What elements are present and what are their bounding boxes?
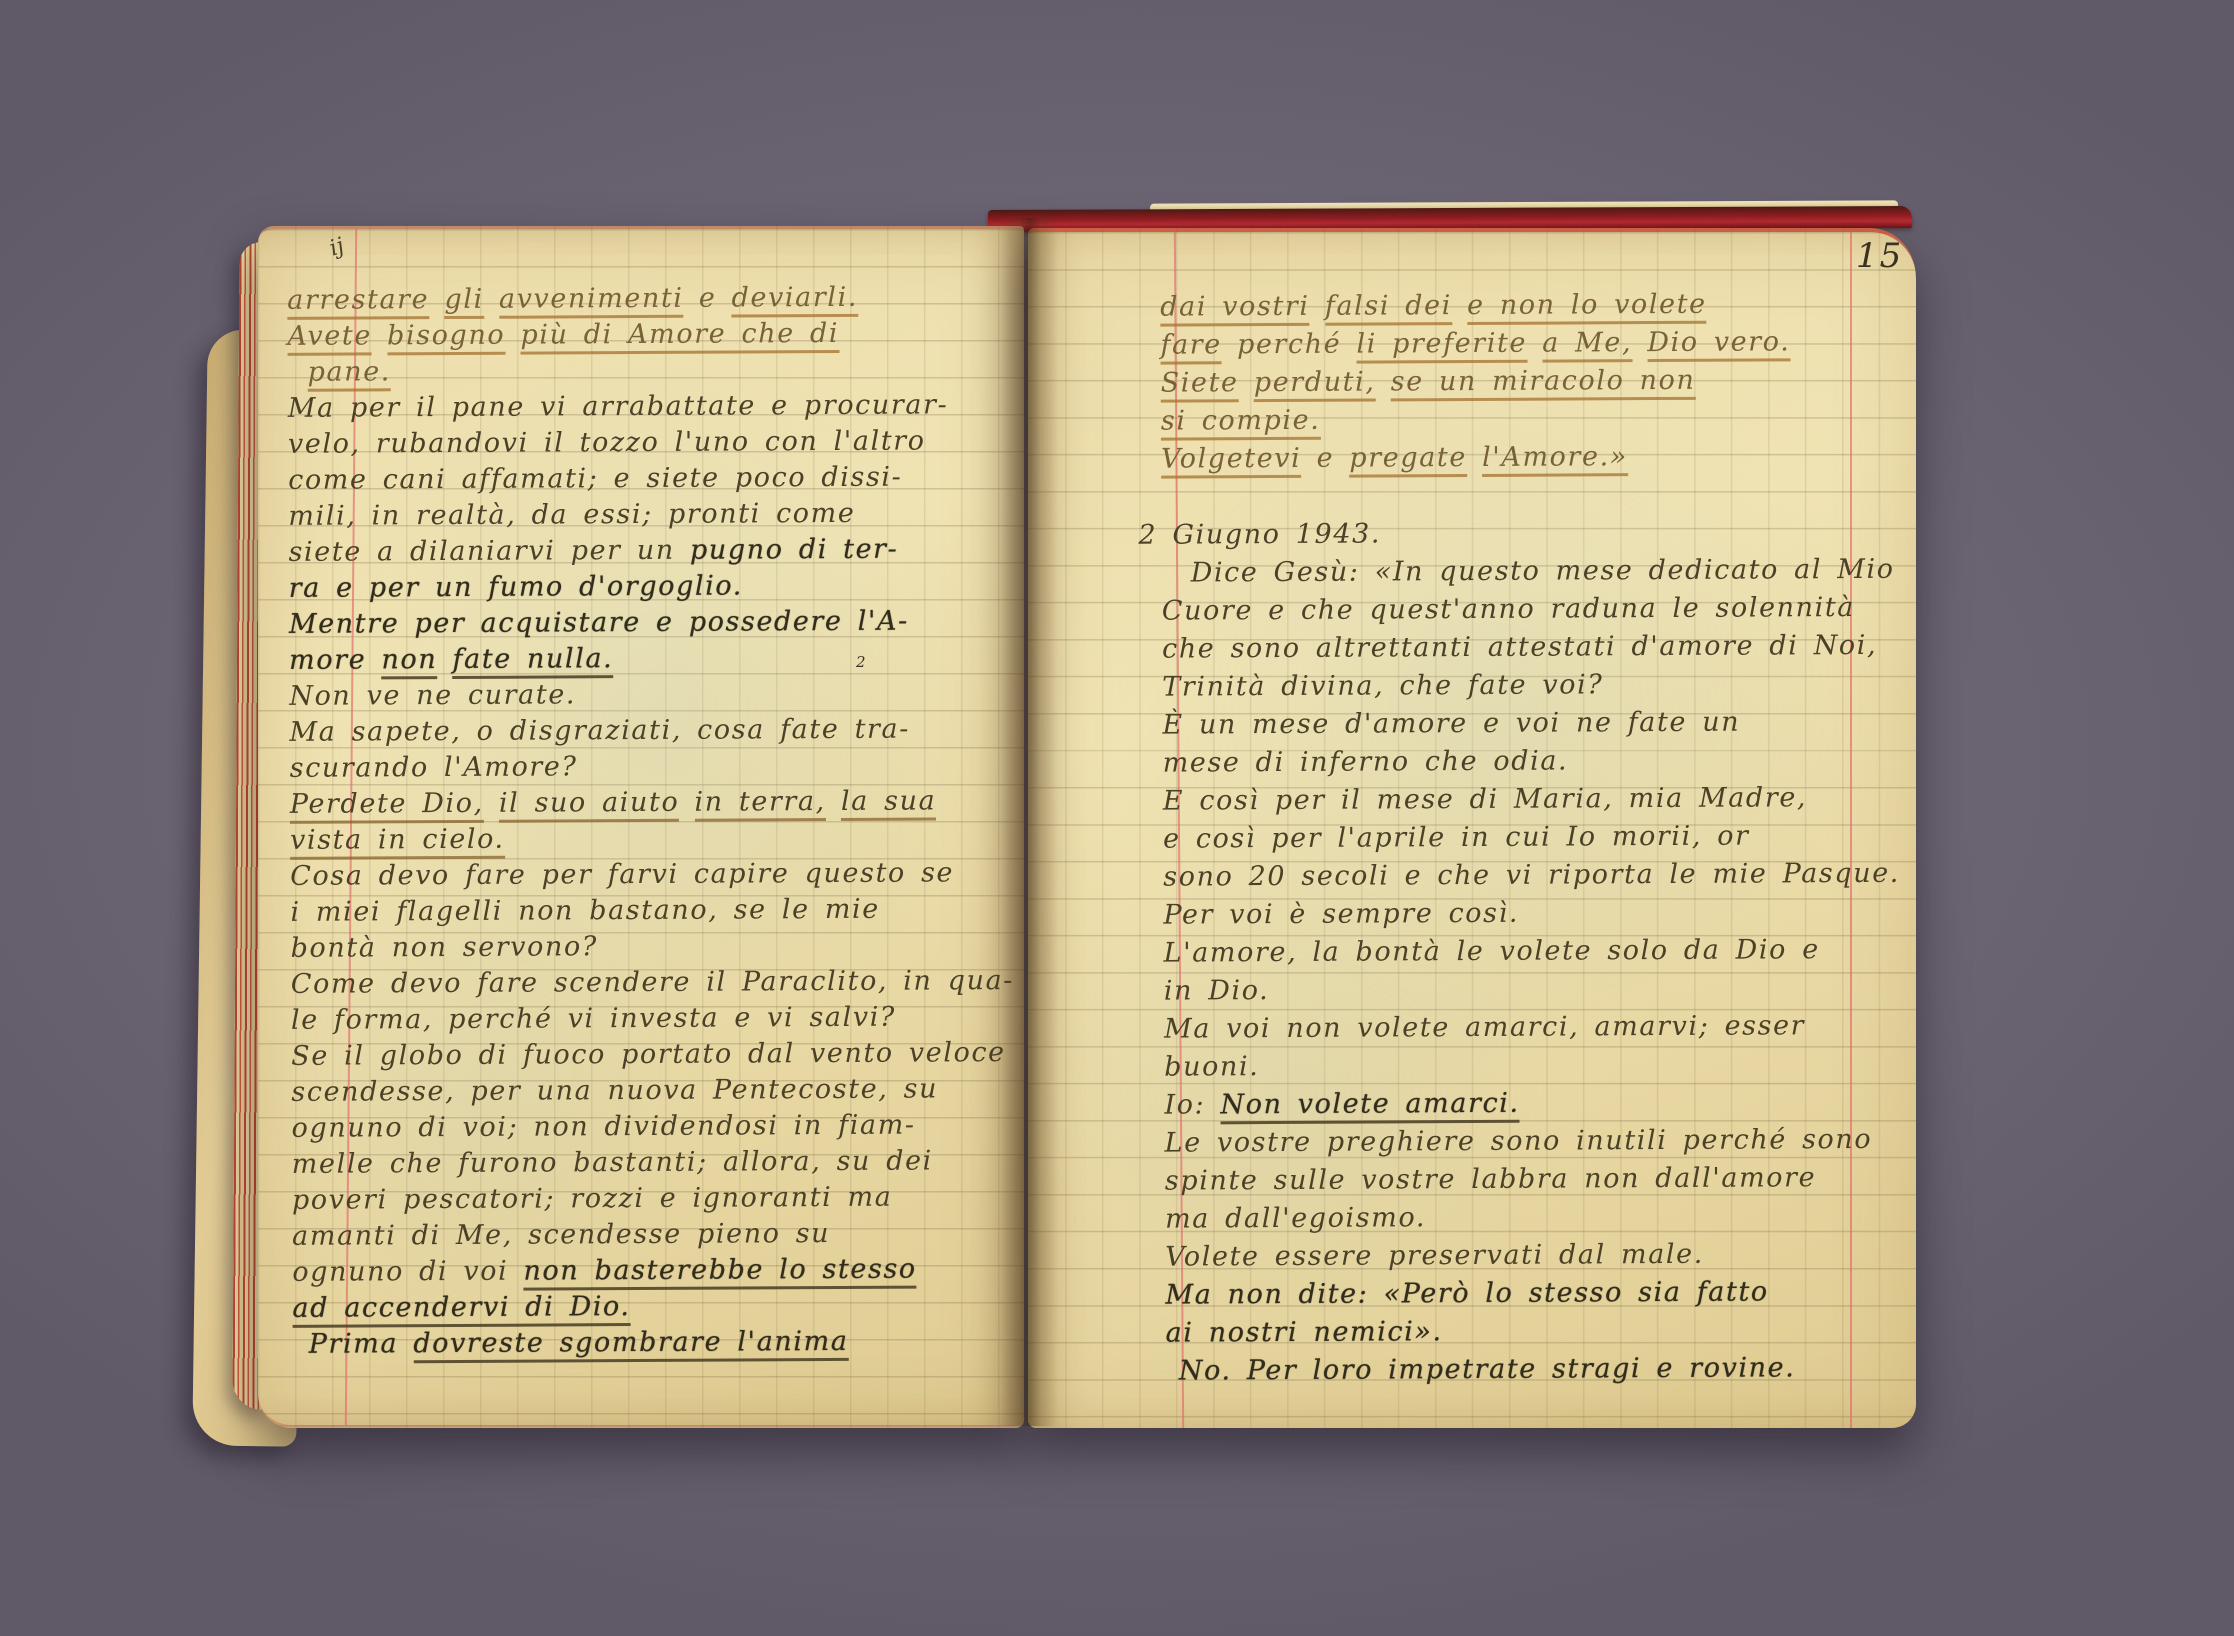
- handwritten-line: dai vostri falsi dei e non lo volete: [1160, 289, 1707, 323]
- underlined-text: gli: [444, 284, 484, 319]
- text-segment: melle che furono bastanti; allora, su de…: [292, 1145, 933, 1179]
- text-segment: ra e per un fumo d'orgoglio.: [289, 570, 743, 603]
- text-segment: L'amore, la bontà le volete solo da Dio …: [1164, 934, 1820, 968]
- underlined-text: li preferite: [1356, 328, 1527, 364]
- text-segment: e così per l'aprile in cui Io morii, or: [1163, 821, 1750, 855]
- underlined-text: pane.: [308, 356, 392, 391]
- left-page: ij 2 arrestare gli avvenimenti e deviarl…: [258, 226, 1024, 1428]
- handwritten-line: Dice Gesù: «In questo mese dedicato al M…: [1191, 554, 1895, 589]
- text-segment: 2 Giugno 1943.: [1138, 518, 1381, 550]
- handwritten-line: Come devo fare scendere il Paraclito, in…: [291, 965, 1014, 1000]
- text-segment: e: [684, 283, 732, 314]
- handwritten-line: che sono altrettanti attestati d'amore d…: [1162, 630, 1877, 665]
- underlined-text: non: [381, 644, 437, 679]
- underlined-text: Avete: [287, 320, 372, 355]
- text-segment: Prima: [309, 1328, 414, 1360]
- handwritten-line: pane.: [308, 356, 392, 387]
- handwritten-line: ai nostri nemici».: [1166, 1316, 1443, 1348]
- handwritten-line: scendesse, per una nuova Pentecoste, su: [291, 1073, 938, 1107]
- underlined-text: fare: [1160, 329, 1222, 364]
- handwritten-line: i miei flagelli non bastano, se le mie: [290, 894, 880, 928]
- text-segment: [429, 284, 444, 315]
- text-segment: more: [289, 644, 381, 675]
- right-page-text: dai vostri falsi dei e non lo voletefare…: [1025, 230, 1919, 1431]
- handwritten-line: arrestare gli avvenimenti e deviarli.: [287, 282, 858, 316]
- text-segment: buoni.: [1164, 1051, 1259, 1082]
- text-segment: e: [1301, 443, 1349, 474]
- handwritten-line: Prima dovreste sgombrare l'anima: [309, 1326, 849, 1360]
- text-segment: ognuno di voi; non dividendosi in fiam-: [291, 1110, 915, 1144]
- text-segment: No. Per loro impetrate stragi e rovine.: [1179, 1352, 1796, 1386]
- text-segment: bontà non servono?: [291, 931, 598, 964]
- text-segment: poveri pescatori; rozzi e ignoranti ma: [292, 1182, 893, 1216]
- handwritten-line: Trinità divina, che fate voi?: [1162, 669, 1603, 702]
- handwritten-line: mili, in realtà, da essi; pronti come: [288, 498, 855, 532]
- text-segment: [1527, 328, 1542, 359]
- handwritten-line: sono 20 secoli e che vi riporta le mie P…: [1163, 858, 1900, 893]
- text-segment: Cuore e che quest'anno raduna le solenni…: [1162, 592, 1855, 627]
- underlined-text: pregate: [1349, 442, 1467, 478]
- handwritten-line: No. Per loro impetrate stragi e rovine.: [1179, 1352, 1796, 1386]
- underlined-text: Siete: [1161, 367, 1239, 402]
- underlined-text: più di Amore che di: [520, 318, 839, 355]
- text-segment: È un mese d'amore e voi ne fate un: [1162, 707, 1740, 741]
- text-segment: [1375, 366, 1390, 397]
- underlined-text: Non volete amarci.: [1220, 1088, 1519, 1125]
- text-segment: le forma, perché vi investa e vi salvi?: [291, 1002, 896, 1036]
- underlined-text: Dio vero.: [1647, 326, 1790, 362]
- right-page: 15 dai vostri falsi dei e non lo voletef…: [1028, 228, 1916, 1428]
- handwritten-line: Volete essere preservati dal male.: [1165, 1239, 1704, 1273]
- handwritten-line: Siete perduti, se un miracolo non: [1161, 365, 1696, 399]
- underlined-text: vista in cielo.: [290, 824, 505, 860]
- handwritten-line: Cuore e che quest'anno raduna le solenni…: [1162, 592, 1855, 627]
- handwritten-line: ognuno di voi non basterebbe lo stesso: [292, 1254, 917, 1288]
- handwritten-line: scurando l'Amore?: [290, 751, 578, 784]
- handwritten-line: Per voi è sempre così.: [1163, 898, 1519, 931]
- text-segment: come cani affamati; e siete poco dissi-: [288, 462, 902, 496]
- text-segment: velo, rubandovi il tozzo l'uno con l'alt…: [288, 426, 926, 460]
- text-segment: Se il globo di fuoco portato dal vento v…: [291, 1037, 1006, 1072]
- underlined-text: in terra,: [694, 786, 826, 822]
- underlined-text: la sua: [841, 785, 936, 820]
- handwritten-line: Ma per il pane vi arrabattate e procurar…: [288, 389, 949, 423]
- handwritten-line: È un mese d'amore e voi ne fate un: [1162, 707, 1740, 741]
- handwritten-line: le forma, perché vi investa e vi salvi?: [291, 1002, 896, 1036]
- text-segment: Cosa devo fare per farvi capire questo s…: [290, 857, 954, 891]
- underlined-text: l'Amore.»: [1482, 441, 1628, 477]
- text-segment: spinte sulle vostre labbra non dall'amor…: [1165, 1162, 1817, 1196]
- underlined-text: Perdete Dio,: [290, 788, 484, 824]
- underlined-text: se un miracolo non: [1391, 365, 1696, 402]
- handwritten-line: Io: Non volete amarci.: [1164, 1088, 1519, 1121]
- handwritten-line: Le vostre preghiere sono inutili perché …: [1165, 1124, 1873, 1159]
- text-segment: mese di inferno che odia.: [1163, 745, 1569, 778]
- handwritten-line: come cani affamati; e siete poco dissi-: [288, 462, 902, 496]
- handwritten-line: poveri pescatori; rozzi e ignoranti ma: [292, 1182, 893, 1216]
- underlined-text: dai vostri: [1160, 291, 1310, 327]
- underlined-text: a Me,: [1542, 327, 1632, 362]
- underlined-text: arrestare: [287, 284, 429, 320]
- text-segment: amanti di Me, scendesse pieno su: [292, 1218, 830, 1252]
- handwritten-line: Ma sapete, o disgraziati, cosa fate tra-: [289, 714, 910, 748]
- handwritten-line: fare perché li preferite a Me, Dio vero.: [1160, 326, 1790, 360]
- handwritten-line: in Dio.: [1164, 975, 1270, 1007]
- handwritten-line: mese di inferno che odia.: [1163, 745, 1569, 778]
- underlined-text: avvenimenti: [499, 283, 684, 319]
- text-segment: perché: [1222, 329, 1357, 361]
- text-segment: Ma non dite: «Però lo stesso sia fatto: [1165, 1276, 1768, 1310]
- text-segment: [1467, 442, 1482, 473]
- underlined-text: falsi dei: [1325, 290, 1452, 326]
- underlined-text: deviarli.: [731, 282, 858, 318]
- text-segment: [1452, 290, 1467, 321]
- handwritten-line: spinte sulle vostre labbra non dall'amor…: [1165, 1162, 1817, 1196]
- text-segment: ai nostri nemici».: [1166, 1316, 1443, 1348]
- handwritten-line: amanti di Me, scendesse pieno su: [292, 1218, 830, 1252]
- handwritten-line: melle che furono bastanti; allora, su de…: [292, 1145, 933, 1179]
- text-segment: [484, 788, 499, 819]
- text-segment: siete a dilaniarvi per un: [288, 535, 690, 568]
- handwritten-line: L'amore, la bontà le volete solo da Dio …: [1164, 934, 1820, 968]
- notebook-photo: ij 2 arrestare gli avvenimenti e deviarl…: [0, 0, 2234, 1636]
- handwritten-line: ognuno di voi; non dividendosi in fiam-: [291, 1110, 915, 1144]
- underlined-text: si compie.: [1161, 405, 1321, 441]
- text-segment: [1239, 367, 1254, 398]
- underlined-text: e non lo volete: [1467, 289, 1707, 325]
- text-segment: ma dall'egoismo.: [1165, 1202, 1426, 1234]
- text-segment: [505, 320, 520, 351]
- text-segment: in Dio.: [1164, 975, 1270, 1007]
- handwritten-line: buoni.: [1164, 1051, 1259, 1082]
- text-segment: E così per il mese di Maria, mia Madre,: [1163, 782, 1807, 816]
- underlined-text: perduti,: [1254, 366, 1376, 402]
- handwritten-line: Volgetevi e pregate l'Amore.»: [1161, 441, 1628, 474]
- underlined-text: non basterebbe lo stesso: [523, 1254, 916, 1291]
- text-segment: Ma per il pane vi arrabattate e procurar…: [288, 389, 949, 423]
- text-segment: ognuno di voi: [292, 1256, 523, 1288]
- text-segment: Le vostre preghiere sono inutili perché …: [1165, 1124, 1873, 1159]
- text-segment: [826, 786, 841, 817]
- handwritten-line: bontà non servono?: [291, 931, 598, 964]
- underlined-text: bisogno: [387, 320, 505, 356]
- handwritten-line: Avete bisogno più di Amore che di: [287, 318, 839, 352]
- handwritten-line: vista in cielo.: [290, 824, 505, 856]
- text-segment: Ma voi non volete amarci, amarvi; esser: [1164, 1010, 1805, 1044]
- handwritten-line: ra e per un fumo d'orgoglio.: [289, 570, 743, 603]
- handwritten-line: velo, rubandovi il tozzo l'uno con l'alt…: [288, 426, 926, 460]
- handwritten-line: Non ve ne curate.: [289, 679, 576, 712]
- text-segment: [484, 284, 499, 315]
- text-segment: Trinità divina, che fate voi?: [1162, 669, 1603, 702]
- text-segment: [1632, 327, 1647, 358]
- underlined-text: il suo aiuto: [499, 787, 680, 823]
- text-segment: Non ve ne curate.: [289, 679, 576, 712]
- left-page-text: arrestare gli avvenimenti e deviarli.Ave…: [255, 227, 1027, 1427]
- text-segment: che sono altrettanti attestati d'amore d…: [1162, 630, 1877, 665]
- underlined-text: fate nulla.: [452, 643, 613, 679]
- handwritten-line: ad accendervi di Dio.: [292, 1291, 630, 1324]
- text-segment: mili, in realtà, da essi; pronti come: [288, 498, 855, 532]
- handwritten-line: E così per il mese di Maria, mia Madre,: [1163, 782, 1807, 816]
- handwritten-line: si compie.: [1161, 405, 1321, 437]
- text-segment: Io:: [1164, 1089, 1220, 1120]
- handwritten-line: more non fate nulla.: [289, 643, 613, 676]
- handwritten-line: siete a dilaniarvi per un pugno di ter-: [288, 534, 898, 568]
- text-segment: Dice Gesù: «In questo mese dedicato al M…: [1191, 554, 1895, 589]
- handwritten-line: e così per l'aprile in cui Io morii, or: [1163, 821, 1750, 855]
- handwritten-line: ma dall'egoismo.: [1165, 1202, 1426, 1234]
- text-segment: [1310, 291, 1325, 322]
- text-segment: Mentre per acquistare e possedere l'A-: [289, 606, 909, 640]
- handwritten-line: Ma voi non volete amarci, amarvi; esser: [1164, 1010, 1805, 1044]
- text-segment: [372, 320, 387, 351]
- text-segment: Volete essere preservati dal male.: [1165, 1239, 1704, 1273]
- handwritten-line: Perdete Dio, il suo aiuto in terra, la s…: [290, 785, 937, 819]
- text-segment: i miei flagelli non bastano, se le mie: [290, 894, 880, 928]
- handwritten-line: Ma non dite: «Però lo stesso sia fatto: [1165, 1276, 1768, 1310]
- text-segment: pugno di ter-: [690, 534, 899, 566]
- handwritten-line: Se il globo di fuoco portato dal vento v…: [291, 1037, 1006, 1072]
- underlined-text: ad accendervi di Dio.: [292, 1291, 630, 1328]
- text-segment: [679, 787, 694, 818]
- text-segment: sono 20 secoli e che vi riporta le mie P…: [1163, 858, 1900, 893]
- text-segment: scurando l'Amore?: [290, 751, 578, 784]
- text-segment: Come devo fare scendere il Paraclito, in…: [291, 965, 1014, 1000]
- text-segment: Ma sapete, o disgraziati, cosa fate tra-: [289, 714, 910, 748]
- underlined-text: dovreste sgombrare l'anima: [413, 1326, 848, 1363]
- underlined-text: Volgetevi: [1161, 443, 1301, 479]
- handwritten-line: Cosa devo fare per farvi capire questo s…: [290, 857, 954, 891]
- handwritten-line: Mentre per acquistare e possedere l'A-: [289, 606, 909, 640]
- text-segment: [437, 644, 452, 675]
- text-segment: scendesse, per una nuova Pentecoste, su: [291, 1073, 938, 1107]
- text-segment: Per voi è sempre così.: [1163, 898, 1519, 931]
- handwritten-line: 2 Giugno 1943.: [1138, 518, 1381, 550]
